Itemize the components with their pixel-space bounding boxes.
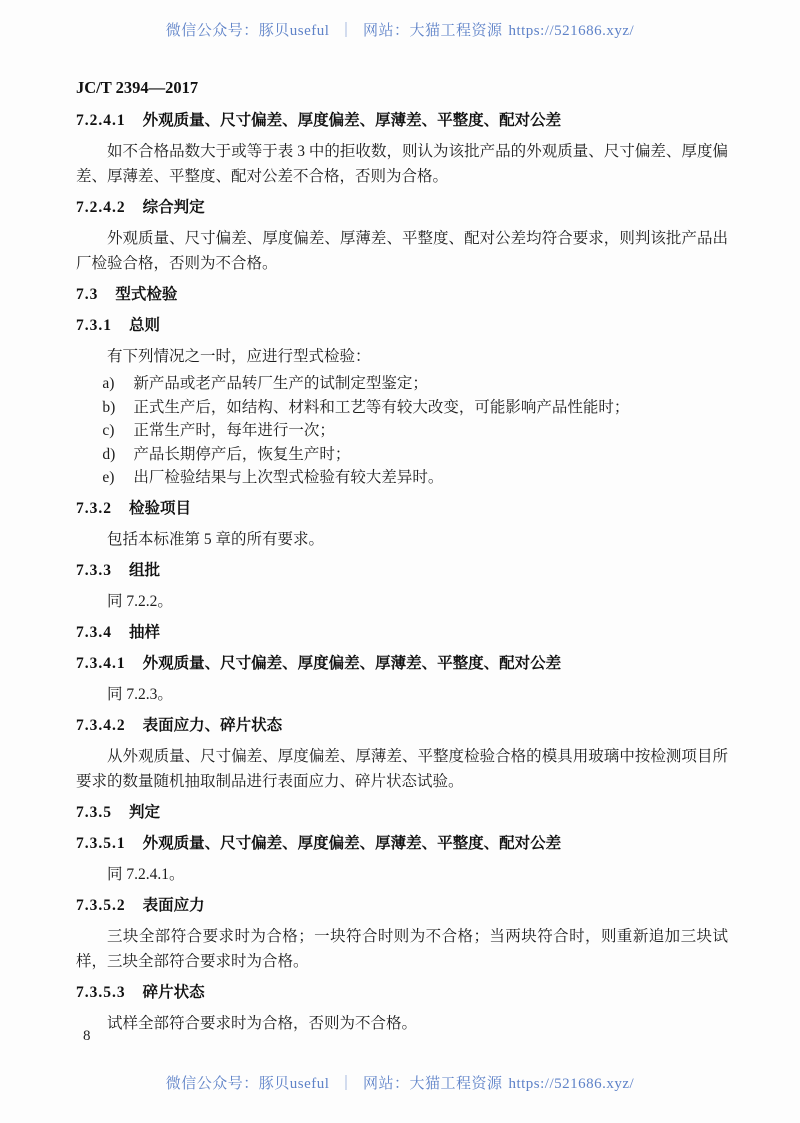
paragraph: 试样全部符合要求时为合格，否则为不合格。	[76, 1011, 728, 1036]
list-item-text: 出厂检验结果与上次型式检验有较大差异时。	[133, 466, 728, 490]
watermark-wechat-label: 微信公众号：豚贝useful	[166, 1076, 330, 1092]
section-number: 7.3	[76, 286, 98, 303]
section-heading: 7.3.1总则	[76, 313, 728, 338]
paragraph: 如不合格品数大于或等于表 3 中的拒收数，则认为该批产品的外观质量、尺寸偏差、厚…	[76, 139, 728, 189]
section-heading: 7.3.4.1外观质量、尺寸偏差、厚度偏差、厚薄差、平整度、配对公差	[76, 651, 728, 676]
page-number: 8	[83, 1028, 91, 1045]
document-content: JC/T 2394—2017 7.2.4.1外观质量、尺寸偏差、厚度偏差、厚薄差…	[76, 78, 728, 1039]
watermark-url-link[interactable]: https://521686.xyz/	[508, 23, 634, 39]
section-heading: 7.3.5.1外观质量、尺寸偏差、厚度偏差、厚薄差、平整度、配对公差	[76, 831, 728, 856]
watermark-site-label: 网站：大猫工程资源	[363, 1076, 503, 1092]
section-number: 7.3.5.2	[76, 897, 126, 914]
list-item-marker: d)	[102, 443, 133, 467]
section-heading: 7.3.4.2表面应力、碎片状态	[76, 713, 728, 738]
document-body: 7.2.4.1外观质量、尺寸偏差、厚度偏差、厚薄差、平整度、配对公差如不合格品数…	[76, 108, 728, 1036]
list-item-marker: e)	[102, 466, 133, 490]
section-title: 外观质量、尺寸偏差、厚度偏差、厚薄差、平整度、配对公差	[143, 655, 562, 672]
paragraph: 同 7.2.3。	[76, 682, 728, 707]
section-heading: 7.2.4.1外观质量、尺寸偏差、厚度偏差、厚薄差、平整度、配对公差	[76, 108, 728, 133]
list-item-marker: a)	[102, 372, 133, 396]
watermark-site-label: 网站：大猫工程资源	[363, 23, 503, 39]
section-number: 7.3.5	[76, 804, 112, 821]
list-item-text: 产品长期停产后，恢复生产时；	[133, 443, 728, 467]
section-heading: 7.3.5.3碎片状态	[76, 980, 728, 1005]
section-number: 7.3.3	[76, 562, 112, 579]
paragraph: 外观质量、尺寸偏差、厚度偏差、厚薄差、平整度、配对公差均符合要求，则判该批产品出…	[76, 226, 728, 276]
section-number: 7.3.2	[76, 500, 112, 517]
section-number: 7.2.4.2	[76, 199, 126, 216]
section-title: 抽样	[129, 624, 160, 641]
list-item: a)新产品或老产品转厂生产的试制定型鉴定；	[76, 372, 728, 396]
section-heading: 7.3.5判定	[76, 800, 728, 825]
list-item-marker: b)	[102, 396, 133, 420]
section-title: 碎片状态	[143, 984, 205, 1001]
paragraph: 三块全部符合要求时为合格；一块符合时则为不合格；当两块符合时，则重新追加三块试样…	[76, 924, 728, 974]
section-heading: 7.3.4抽样	[76, 620, 728, 645]
watermark-url-link[interactable]: https://521686.xyz/	[508, 1076, 634, 1092]
list-item-marker: c)	[102, 419, 133, 443]
list-item-text: 正常生产时，每年进行一次；	[133, 419, 728, 443]
standard-number: JC/T 2394—2017	[76, 78, 728, 98]
paragraph: 同 7.2.2。	[76, 589, 728, 614]
section-number: 7.2.4.1	[76, 112, 126, 129]
section-number: 7.3.4.2	[76, 717, 126, 734]
section-title: 组批	[129, 562, 160, 579]
watermark-wechat-label: 微信公众号：豚贝useful	[166, 23, 330, 39]
section-heading: 7.3.3组批	[76, 558, 728, 583]
list-item-text: 正式生产后，如结构、材料和工艺等有较大改变，可能影响产品性能时；	[133, 396, 728, 420]
list-item-text: 新产品或老产品转厂生产的试制定型鉴定；	[133, 372, 728, 396]
section-title: 判定	[129, 804, 160, 821]
list-item: b)正式生产后，如结构、材料和工艺等有较大改变，可能影响产品性能时；	[76, 396, 728, 420]
section-title: 型式检验	[115, 286, 177, 303]
paragraph: 有下列情况之一时，应进行型式检验：	[76, 344, 728, 369]
section-title: 检验项目	[129, 500, 191, 517]
clause-list: a)新产品或老产品转厂生产的试制定型鉴定；b)正式生产后，如结构、材料和工艺等有…	[76, 372, 728, 490]
document-page: 微信公众号：豚贝useful｜网站：大猫工程资源https://521686.x…	[0, 0, 800, 1123]
list-item: e)出厂检验结果与上次型式检验有较大差异时。	[76, 466, 728, 490]
section-number: 7.3.5.3	[76, 984, 126, 1001]
section-number: 7.3.5.1	[76, 835, 126, 852]
section-title: 表面应力	[143, 897, 205, 914]
section-number: 7.3.4	[76, 624, 112, 641]
watermark-separator: ｜	[338, 1076, 354, 1092]
section-title: 外观质量、尺寸偏差、厚度偏差、厚薄差、平整度、配对公差	[143, 112, 562, 129]
paragraph: 从外观质量、尺寸偏差、厚度偏差、厚薄差、平整度检验合格的模具用玻璃中按检测项目所…	[76, 744, 728, 794]
section-heading: 7.3.2检验项目	[76, 496, 728, 521]
section-heading: 7.2.4.2综合判定	[76, 195, 728, 220]
list-item: d)产品长期停产后，恢复生产时；	[76, 443, 728, 467]
section-heading: 7.3.5.2表面应力	[76, 893, 728, 918]
section-title: 表面应力、碎片状态	[143, 717, 283, 734]
section-heading: 7.3型式检验	[76, 282, 728, 307]
watermark-header: 微信公众号：豚贝useful｜网站：大猫工程资源https://521686.x…	[0, 19, 800, 40]
watermark-separator: ｜	[338, 23, 354, 39]
watermark-footer: 微信公众号：豚贝useful｜网站：大猫工程资源https://521686.x…	[0, 1072, 800, 1093]
list-item: c)正常生产时，每年进行一次；	[76, 419, 728, 443]
section-number: 7.3.4.1	[76, 655, 126, 672]
paragraph: 同 7.2.4.1。	[76, 862, 728, 887]
section-number: 7.3.1	[76, 317, 112, 334]
section-title: 综合判定	[143, 199, 205, 216]
section-title: 外观质量、尺寸偏差、厚度偏差、厚薄差、平整度、配对公差	[143, 835, 562, 852]
paragraph: 包括本标准第 5 章的所有要求。	[76, 527, 728, 552]
section-title: 总则	[129, 317, 160, 334]
